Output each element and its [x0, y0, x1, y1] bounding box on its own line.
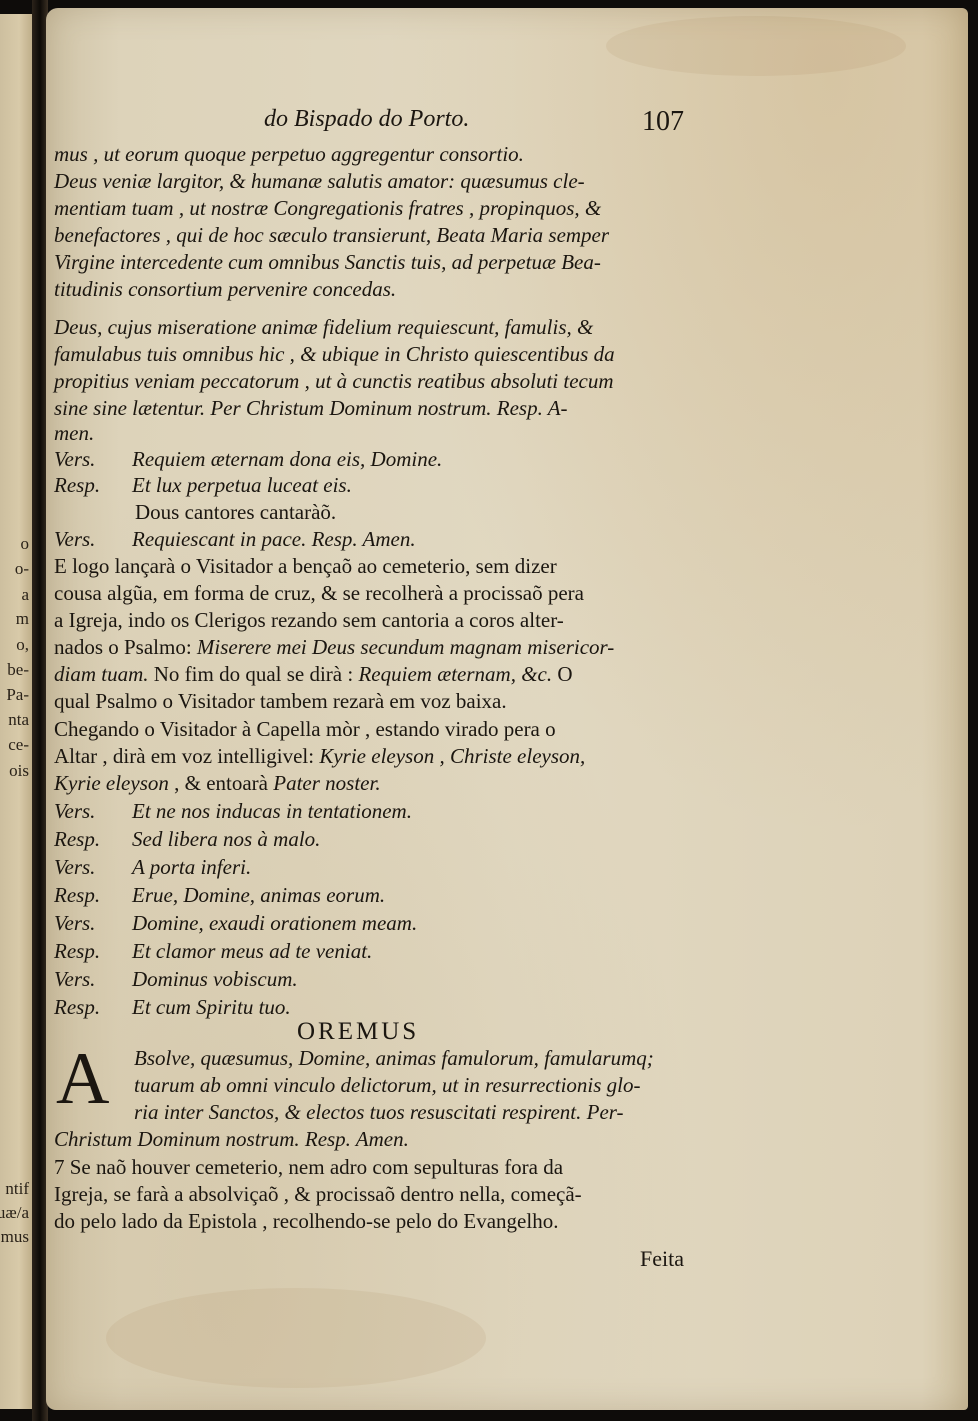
- versicle-line: Vers.Et ne nos inducas in tentationem.: [54, 798, 706, 825]
- text-line: Altar , dirà em voz intelligivel: Kyrie …: [54, 743, 706, 770]
- text-run: Igreja, se farà a absolviçaõ , & prociss…: [54, 1182, 582, 1206]
- versicle-line: Resp.Et clamor meus ad te veniat.: [54, 938, 706, 965]
- versicle-line: Resp.Et lux perpetua luceat eis.: [54, 472, 706, 499]
- versicle-label: Resp.: [54, 882, 132, 909]
- text-run: , & entoarà: [169, 771, 273, 795]
- versicle-line: Vers.Domine, exaudi orationem meam.: [54, 910, 706, 937]
- text-run: E logo lançarà o Visitador a bençaõ ao c…: [54, 554, 557, 578]
- versicle-text: Requiescant in pace. Resp. Amen.: [132, 527, 416, 551]
- page-text: do Bispado do Porto. 107 mus , ut eorum …: [0, 0, 978, 1421]
- versicle-line: Resp.Erue, Domine, animas eorum.: [54, 882, 706, 909]
- text-line: qual Psalmo o Visitador tambem rezarà em…: [54, 688, 706, 715]
- versicle-label: Resp.: [54, 938, 132, 965]
- text-run: Chegando o Visitador à Capella mòr , est…: [54, 717, 556, 741]
- versicle-text: Requiem æternam dona eis, Domine.: [132, 447, 442, 471]
- text-line: Virgine intercedente cum omnibus Sanctis…: [54, 249, 706, 276]
- versicle-line: Resp.Et cum Spiritu tuo.: [54, 994, 706, 1021]
- running-title: do Bispado do Porto.: [264, 106, 469, 133]
- versicle-text: Et lux perpetua luceat eis.: [132, 473, 352, 497]
- text-line: men.: [54, 420, 706, 447]
- text-line: titudinis consortium pervenire concedas.: [54, 276, 706, 303]
- text-line: famulabus tuis omnibus hic , & ubique in…: [54, 341, 706, 368]
- text-line: nados o Psalmo: Miserere mei Deus secund…: [54, 634, 706, 661]
- text-line: propitius veniam peccatorum , ut à cunct…: [54, 368, 706, 395]
- versicle-line: Vers.Dominus vobiscum.: [54, 966, 706, 993]
- versicle-label: Vers.: [54, 854, 132, 881]
- versicle-text: A porta inferi.: [132, 855, 251, 879]
- catchword: Feita: [640, 1246, 684, 1272]
- versicle-line: Vers.A porta inferi.: [54, 854, 706, 881]
- versicle-line: Vers.Requiescant in pace. Resp. Amen.: [54, 526, 706, 553]
- versicle-text: Et ne nos inducas in tentationem.: [132, 799, 412, 823]
- text-run: Kyrie eleyson: [54, 771, 169, 795]
- text-line: diam tuam. No fim do qual se dirà : Requ…: [54, 661, 706, 688]
- text-line: a Igreja, indo os Clerigos rezando sem c…: [54, 607, 706, 634]
- text-run: Kyrie eleyson , Christe eleyson,: [319, 744, 585, 768]
- text-run: No fim do qual se dirà :: [149, 662, 359, 686]
- text-line: mentiam tuam , ut nostræ Congregationis …: [54, 195, 706, 222]
- collect-line: Christum Dominum nostrum. Resp. Amen.: [54, 1126, 706, 1153]
- text-line: cousa algũa, em forma de cruz, & se reco…: [54, 580, 706, 607]
- text-run: Altar , dirà em voz intelligivel:: [54, 744, 319, 768]
- text-run: Requiem æternam, &c.: [358, 662, 552, 686]
- text-run: cousa algũa, em forma de cruz, & se reco…: [54, 581, 584, 605]
- versicle-text: Sed libera nos à malo.: [132, 827, 320, 851]
- rubric-cantors: Dous cantores cantaràõ.: [135, 499, 787, 526]
- versicle-label: Vers.: [54, 910, 132, 937]
- versicle-label: Vers.: [54, 966, 132, 993]
- text-run: O: [552, 662, 572, 686]
- drop-cap: A: [56, 1044, 109, 1114]
- text-line: sine sine lætentur. Per Christum Dominum…: [54, 395, 706, 422]
- text-line: benefactores , qui de hoc sæculo transie…: [54, 222, 706, 249]
- versicle-label: Vers.: [54, 798, 132, 825]
- text-run: diam tuam.: [54, 662, 149, 686]
- collect-line: tuarum ab omni vinculo delictorum, ut in…: [134, 1072, 786, 1099]
- text-line: Igreja, se farà a absolviçaõ , & prociss…: [54, 1181, 706, 1208]
- text-run: Miserere mei Deus secundum magnam miseri…: [197, 635, 614, 659]
- collect-line: ria inter Sanctos, & electos tuos resusc…: [134, 1099, 786, 1126]
- versicle-text: Domine, exaudi orationem meam.: [132, 911, 417, 935]
- text-run: qual Psalmo o Visitador tambem rezarà em…: [54, 689, 507, 713]
- text-line: Chegando o Visitador à Capella mòr , est…: [54, 716, 706, 743]
- versicle-text: Et cum Spiritu tuo.: [132, 995, 291, 1019]
- text-line: do pelo lado da Epistola , recolhendo-se…: [54, 1208, 706, 1235]
- versicle-text: Erue, Domine, animas eorum.: [132, 883, 385, 907]
- versicle-label: Vers.: [54, 526, 132, 553]
- versicle-label: Resp.: [54, 826, 132, 853]
- text-run: 7 Se naõ houver cemeterio, nem adro com …: [54, 1155, 563, 1179]
- text-line: E logo lançarà o Visitador a bençaõ ao c…: [54, 553, 706, 580]
- collect-line: Bsolve, quæsumus, Domine, animas famulor…: [134, 1045, 786, 1072]
- text-line: Deus veniæ largitor, & humanæ salutis am…: [54, 168, 706, 195]
- versicle-label: Vers.: [54, 446, 132, 473]
- text-line: mus , ut eorum quoque perpetuo aggregent…: [54, 141, 706, 168]
- text-run: nados o Psalmo:: [54, 635, 197, 659]
- text-line: 7 Se naõ houver cemeterio, nem adro com …: [54, 1154, 706, 1181]
- text-line: Deus, cujus miseratione animæ fidelium r…: [54, 314, 706, 341]
- versicle-label: Resp.: [54, 472, 132, 499]
- oremus-heading: OREMUS: [297, 1018, 419, 1046]
- versicle-line: Resp.Sed libera nos à malo.: [54, 826, 706, 853]
- versicle-text: Et clamor meus ad te veniat.: [132, 939, 372, 963]
- text-run: a Igreja, indo os Clerigos rezando sem c…: [54, 608, 564, 632]
- versicle-line: Vers.Requiem æternam dona eis, Domine.: [54, 446, 706, 473]
- text-run: do pelo lado da Epistola , recolhendo-se…: [54, 1209, 558, 1233]
- versicle-label: Resp.: [54, 994, 132, 1021]
- text-line: Kyrie eleyson , & entoarà Pater noster.: [54, 770, 706, 797]
- page-number: 107: [642, 106, 684, 138]
- versicle-text: Dominus vobiscum.: [132, 967, 298, 991]
- text-run: Pater noster.: [273, 771, 380, 795]
